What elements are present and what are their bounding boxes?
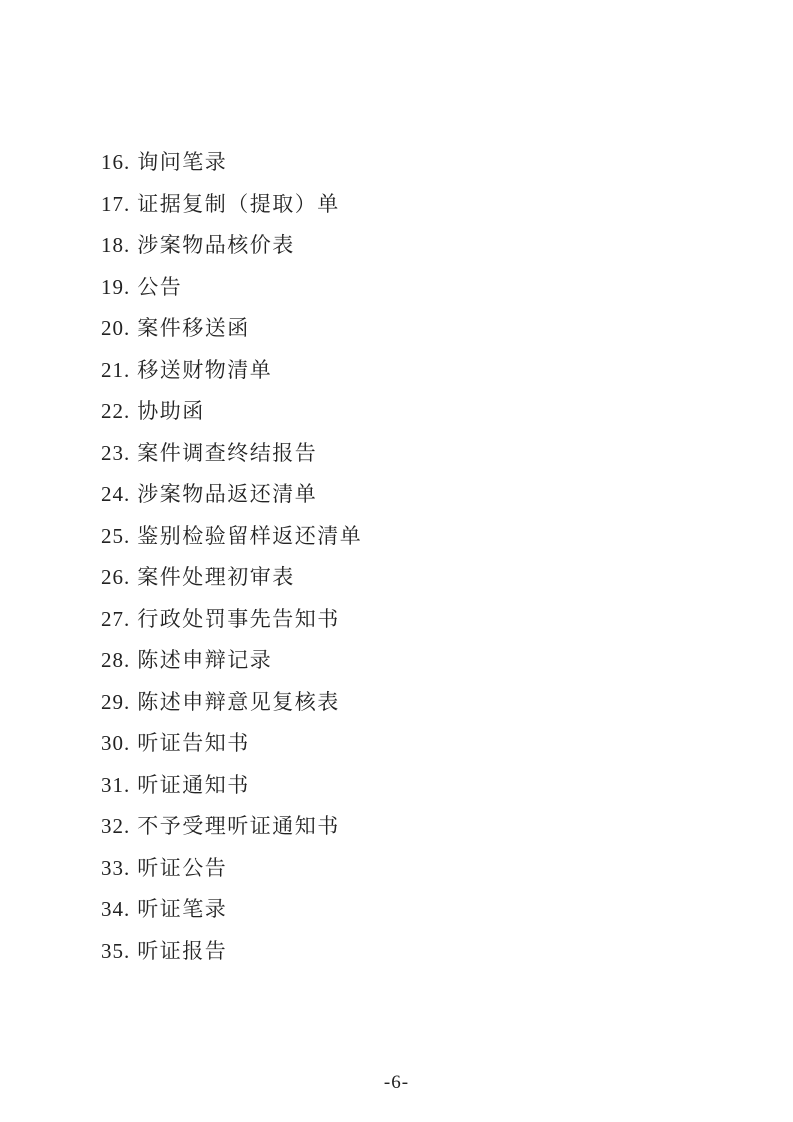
item-label: 不予受理听证通知书: [137, 814, 340, 838]
item-number: 25.: [101, 526, 130, 547]
item-label: 陈述申辩意见复核表: [137, 690, 340, 714]
item-label: 听证笔录: [137, 897, 227, 921]
item-number: 16.: [101, 152, 130, 173]
list-item: 25.鉴别检验留样返还清单: [101, 526, 362, 568]
list-item: 33.听证公告: [101, 858, 362, 900]
list-item: 24.涉案物品返还清单: [101, 484, 362, 526]
item-label: 公告: [137, 275, 182, 299]
item-label: 案件调查终结报告: [137, 441, 317, 465]
document-item-list: 16.询问笔录 17.证据复制（提取）单 18.涉案物品核价表 19.公告 20…: [101, 152, 362, 982]
item-number: 33.: [101, 858, 130, 879]
item-number: 19.: [101, 277, 130, 298]
list-item: 27.行政处罚事先告知书: [101, 609, 362, 651]
list-item: 22.协助函: [101, 401, 362, 443]
item-number: 35.: [101, 941, 130, 962]
item-label: 询问笔录: [137, 150, 227, 174]
item-label: 涉案物品核价表: [137, 233, 295, 257]
item-label: 行政处罚事先告知书: [137, 607, 340, 631]
list-item: 32.不予受理听证通知书: [101, 816, 362, 858]
item-label: 案件处理初审表: [137, 565, 295, 589]
list-item: 29.陈述申辩意见复核表: [101, 692, 362, 734]
item-number: 20.: [101, 318, 130, 339]
item-number: 18.: [101, 235, 130, 256]
list-item: 20.案件移送函: [101, 318, 362, 360]
item-label: 移送财物清单: [137, 358, 272, 382]
item-number: 28.: [101, 650, 130, 671]
list-item: 34.听证笔录: [101, 899, 362, 941]
list-item: 35.听证报告: [101, 941, 362, 983]
item-label: 协助函: [137, 399, 205, 423]
page-number: -6-: [0, 1073, 793, 1092]
item-label: 陈述申辩记录: [137, 648, 272, 672]
list-item: 28.陈述申辩记录: [101, 650, 362, 692]
document-page: 16.询问笔录 17.证据复制（提取）单 18.涉案物品核价表 19.公告 20…: [0, 0, 793, 1122]
item-label: 案件移送函: [137, 316, 250, 340]
item-label: 听证告知书: [137, 731, 250, 755]
item-label: 证据复制（提取）单: [137, 192, 340, 216]
item-number: 17.: [101, 194, 130, 215]
list-item: 18.涉案物品核价表: [101, 235, 362, 277]
list-item: 21.移送财物清单: [101, 360, 362, 402]
list-item: 26.案件处理初审表: [101, 567, 362, 609]
item-number: 22.: [101, 401, 130, 422]
item-number: 27.: [101, 609, 130, 630]
item-label: 听证通知书: [137, 773, 250, 797]
item-number: 34.: [101, 899, 130, 920]
item-number: 23.: [101, 443, 130, 464]
list-item: 30.听证告知书: [101, 733, 362, 775]
item-number: 31.: [101, 775, 130, 796]
item-number: 21.: [101, 360, 130, 381]
item-number: 24.: [101, 484, 130, 505]
list-item: 17.证据复制（提取）单: [101, 194, 362, 236]
item-label: 听证公告: [137, 856, 227, 880]
item-label: 涉案物品返还清单: [137, 482, 317, 506]
item-number: 29.: [101, 692, 130, 713]
list-item: 19.公告: [101, 277, 362, 319]
list-item: 31.听证通知书: [101, 775, 362, 817]
item-number: 30.: [101, 733, 130, 754]
list-item: 23.案件调查终结报告: [101, 443, 362, 485]
item-number: 32.: [101, 816, 130, 837]
item-label: 听证报告: [137, 939, 227, 963]
item-number: 26.: [101, 567, 130, 588]
list-item: 16.询问笔录: [101, 152, 362, 194]
item-label: 鉴别检验留样返还清单: [137, 524, 362, 548]
